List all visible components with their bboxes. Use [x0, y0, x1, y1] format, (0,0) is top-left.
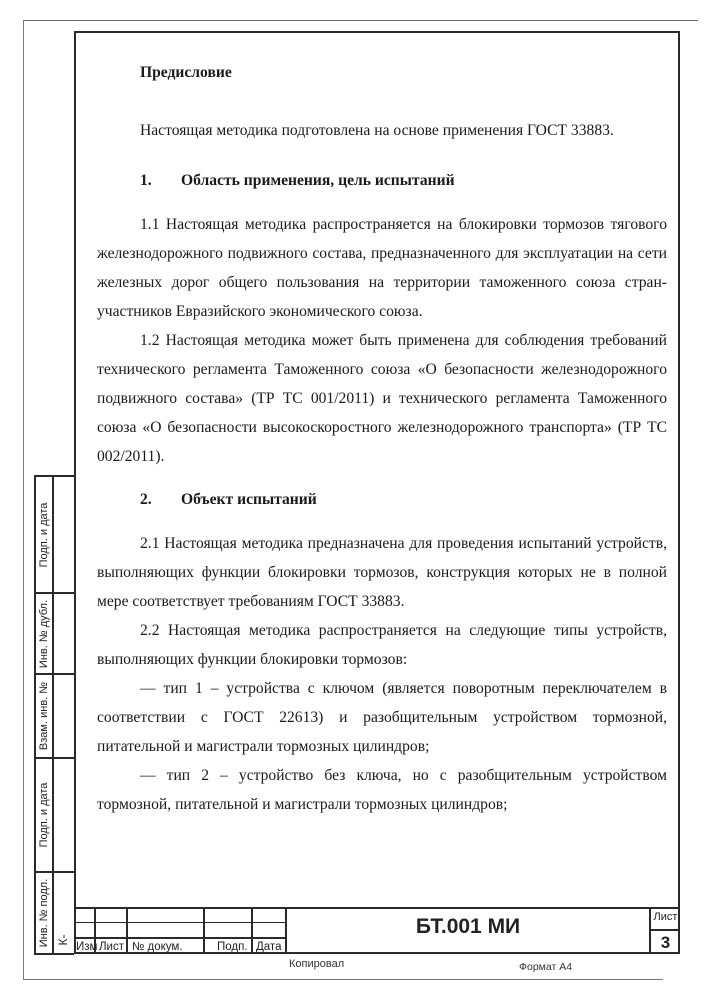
paragraph-1-1: 1.1 Настоящая методика распространяется …	[97, 210, 667, 326]
foreword-heading: Предисловие	[97, 58, 667, 87]
sheet-edge-bottom	[23, 979, 663, 980]
paragraph-2-1: 2.1 Настоящая методика предназначена для…	[97, 529, 667, 616]
stamp-original-inv: Инв. № подл. К-	[34, 871, 74, 955]
stamp-label: Подп. и дата	[38, 783, 50, 848]
list-item-type-1: — тип 1 – устройства с ключом (является …	[97, 674, 667, 761]
document-code: БТ.001 МИ	[287, 915, 649, 939]
sheet-edge-top	[23, 20, 698, 21]
title-block: Изм Лист № докум. Подп. Дата БТ.001 МИ Л…	[74, 907, 680, 954]
copied-by-label: Копировал	[289, 958, 344, 970]
stamp-signature-date-1: Подп. и дата	[34, 475, 74, 594]
stamp-signature-date-2: Подп. и дата	[34, 757, 74, 873]
column-label-sheet: Лист	[99, 940, 124, 954]
paper-format-label: Формат А4	[519, 961, 572, 973]
stamp-label: Инв. № дубл.	[38, 599, 50, 667]
sheet-label: Лист	[651, 911, 680, 923]
stamp-label: Взам. инв. №	[38, 682, 50, 750]
stamp-replacement-inv: Взам. инв. №	[34, 673, 74, 759]
column-label-change: Изм	[76, 940, 97, 954]
column-label-date: Дата	[256, 940, 281, 954]
stamp-label: Инв. № подл.	[38, 879, 50, 948]
sheet-edge-left	[23, 20, 24, 980]
column-label-signature: Подп.	[217, 940, 248, 954]
foreword-text: Настоящая методика подготовлена на основ…	[97, 116, 667, 145]
sheet-number: 3	[651, 933, 680, 953]
paragraph-1-2: 1.2 Настоящая методика может быть примен…	[97, 326, 667, 471]
section-heading-1: 1.Область применения, цель испытаний	[97, 166, 667, 195]
stamp-label: Подп. и дата	[38, 502, 50, 567]
column-label-doc-number: № докум.	[132, 940, 183, 954]
list-item-type-2: — тип 2 – устройство без ключа, но с раз…	[97, 761, 667, 819]
stamp-duplicate-inv: Инв. № дубл.	[34, 592, 74, 675]
paragraph-2-2: 2.2 Настоящая методика распространяется …	[97, 616, 667, 674]
document-body: Предисловие Настоящая методика подготовл…	[97, 58, 667, 819]
stamp-value: К-	[56, 935, 70, 946]
section-heading-2: 2.Объект испытаний	[97, 485, 667, 514]
